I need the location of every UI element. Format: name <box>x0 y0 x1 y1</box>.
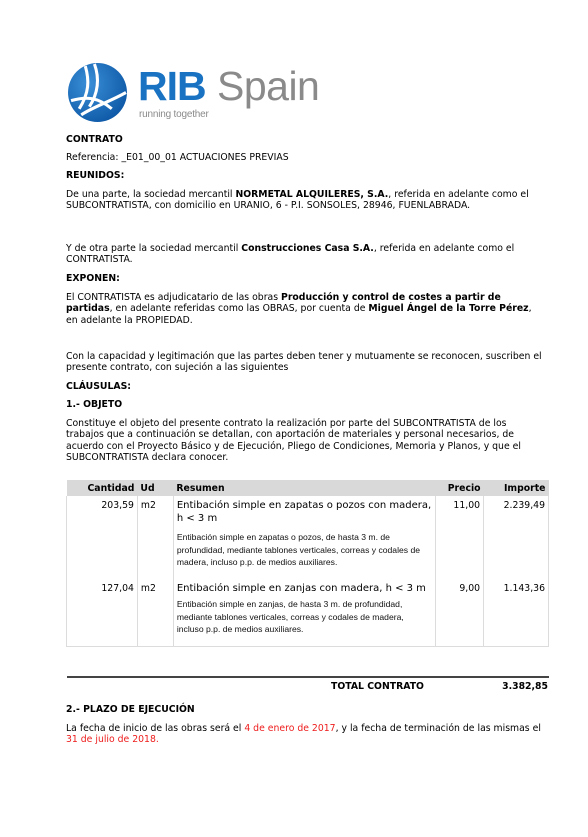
item-summary: Entibación simple en zapatas o pozos con… <box>177 500 432 525</box>
items-table: Cantidad Ud Resumen Precio Importe 203,5… <box>66 480 549 647</box>
text: De una parte, la sociedad mercantil <box>66 189 235 200</box>
cell-ud: m2 <box>137 579 173 647</box>
plazo-paragraph: La fecha de inicio de las obras será el … <box>66 723 546 746</box>
logo-tagline: running together <box>139 109 209 120</box>
clausulas-heading: CLÁUSULAS: <box>66 381 546 392</box>
text: La fecha de inicio de las obras será el <box>66 723 244 734</box>
reunidos-paragraph-1: De una parte, la sociedad mercantil NORM… <box>66 189 546 212</box>
contractor-name: Construcciones Casa S.A. <box>241 243 374 254</box>
text: Y de otra parte la sociedad mercantil <box>66 243 241 254</box>
text: El CONTRATISTA es adjudicatario de las o… <box>66 292 281 303</box>
text: , en adelante referidas como las OBRAS, … <box>110 303 369 314</box>
total-value: 3.382,85 <box>502 681 548 692</box>
reunidos-paragraph-2: Y de otra parte la sociedad mercantil Co… <box>66 243 546 266</box>
table-row: 127,04 m2 Entibación simple en zanjas co… <box>67 579 549 647</box>
plazo-heading: 2.- PLAZO DE EJECUCIÓN <box>66 704 546 715</box>
col-resumen: Resumen <box>173 480 435 496</box>
col-precio: Precio <box>436 480 484 496</box>
item-description: Entibación simple en zanjas, de hasta 3 … <box>177 598 432 636</box>
cell-precio: 9,00 <box>436 579 484 647</box>
col-ud: Ud <box>137 480 173 496</box>
cell-precio: 11,00 <box>436 496 484 579</box>
table-header-row: Cantidad Ud Resumen Precio Importe <box>67 480 549 496</box>
cell-cantidad: 203,59 <box>67 496 138 579</box>
rib-spain-logo: RIB Spain running together <box>67 62 347 124</box>
cell-resumen: Entibación simple en zanjas con madera, … <box>173 579 435 647</box>
cell-ud: m2 <box>137 496 173 579</box>
contract-title: CONTRATO <box>66 134 546 145</box>
text: , y la fecha de terminación de las misma… <box>336 723 541 734</box>
total-divider <box>67 676 549 678</box>
cell-importe: 1.143,36 <box>484 579 549 647</box>
start-date: 4 de enero de 2017 <box>244 723 335 734</box>
col-importe: Importe <box>484 480 549 496</box>
owner-name: Miguel Ángel de la Torre Pérez <box>368 303 528 314</box>
exponen-paragraph-2: Con la capacidad y legitimación que las … <box>66 351 546 374</box>
total-label: TOTAL CONTRATO <box>331 681 424 692</box>
end-date: 31 de julio de 2018. <box>66 734 159 745</box>
objeto-heading: 1.- OBJETO <box>66 399 546 410</box>
contract-reference: Referencia: _E01_00_01 ACTUACIONES PREVI… <box>66 152 546 163</box>
item-summary: Entibación simple en zanjas con madera, … <box>177 583 432 596</box>
cell-cantidad: 127,04 <box>67 579 138 647</box>
subcontractor-name: NORMETAL ALQUILERES, S.A. <box>235 189 388 200</box>
logo-rib-text: RIB <box>138 66 206 107</box>
item-description: Entibación simple en zapatas o pozos, de… <box>177 531 432 569</box>
reunidos-heading: REUNIDOS: <box>66 170 546 181</box>
logo-spain-text: Spain <box>217 66 319 107</box>
cell-resumen: Entibación simple en zapatas o pozos con… <box>173 496 435 579</box>
col-cantidad: Cantidad <box>67 480 138 496</box>
exponen-paragraph-1: El CONTRATISTA es adjudicatario de las o… <box>66 292 546 326</box>
rib-globe-icon <box>67 62 128 123</box>
cell-importe: 2.239,49 <box>484 496 549 579</box>
objeto-paragraph: Constituye el objeto del presente contra… <box>66 418 546 463</box>
exponen-heading: EXPONEN: <box>66 273 546 284</box>
table-row: 203,59 m2 Entibación simple en zapatas o… <box>67 496 549 579</box>
